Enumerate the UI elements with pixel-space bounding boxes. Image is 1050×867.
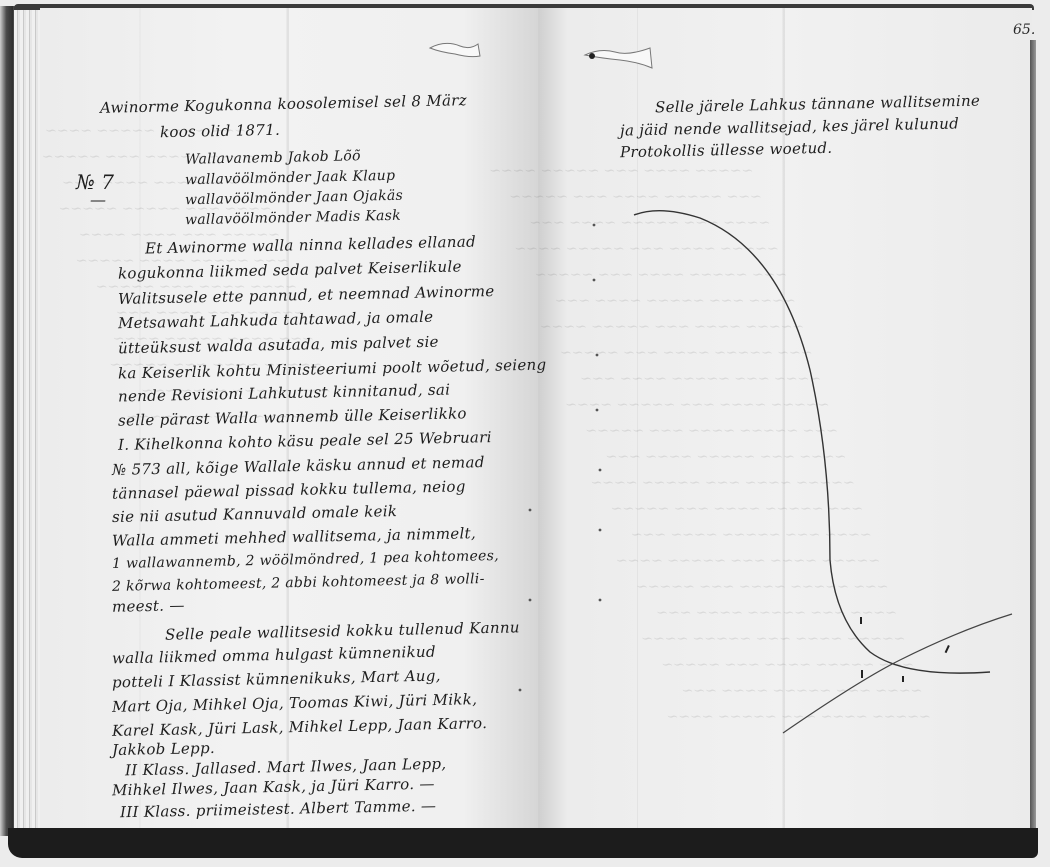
margin-marks <box>0 0 1050 867</box>
scanned-book-spread: ~~~ ~~~~ ~~~~~ ~~~~ ~~~~~ ~~~~ ~~~ ~~~~~… <box>0 0 1050 867</box>
